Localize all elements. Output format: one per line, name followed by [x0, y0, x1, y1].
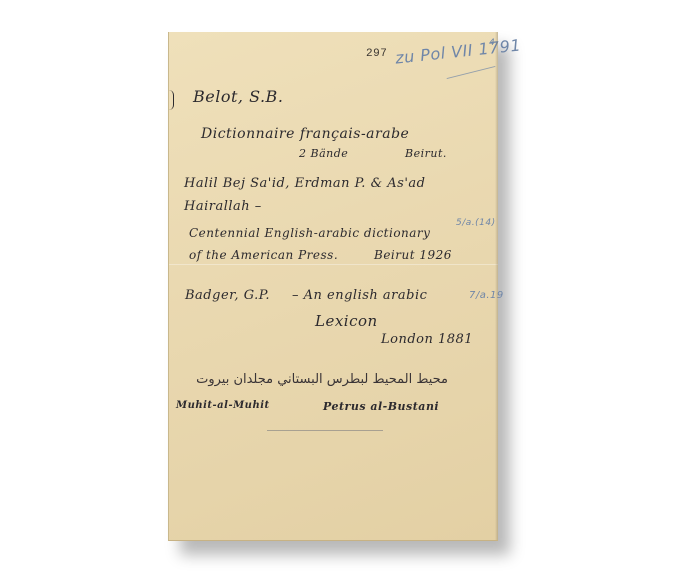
entry-place: Beirut. — [405, 147, 447, 160]
entry-place-year: Beirut 1926 — [374, 248, 452, 262]
entry-title-line2: of the American Press. — [189, 248, 338, 262]
entry-title-line2: Lexicon — [315, 312, 378, 330]
entry-author: Belot, S.B. — [193, 87, 283, 106]
entry-details: 2 Bände — [299, 147, 348, 160]
archive-mark-underline — [447, 66, 496, 79]
entry-author-line2: Hairallah – — [184, 199, 262, 214]
entry-author-line1: Halil Bej Sa'id, Erdman P. & As'ad — [184, 176, 425, 191]
entry-place-year: London 1881 — [381, 332, 473, 347]
archive-mark: zu Pol VII 1791 — [394, 35, 522, 67]
paper-fold-line — [169, 264, 498, 265]
entry-transliteration-author: Petrus al-Bustani — [323, 400, 439, 413]
entry-title: Dictionnaire français-arabe — [201, 126, 409, 142]
margin-note: 7/a.19 — [469, 290, 504, 301]
entry-bracket — [169, 90, 174, 110]
archive-mark-superscript: 4 — [489, 38, 495, 48]
entry-transliteration-title: Muhit-al-Muhit — [176, 400, 270, 411]
entry-arabic-line: محيط المحيط لبطرس البستاني مجلدان بيروت — [196, 372, 448, 387]
margin-note: 5/a.(14) — [456, 218, 496, 228]
page-number: 297 — [366, 48, 387, 60]
entry-author: Badger, G.P. — [185, 288, 270, 303]
entry-title-line1: Centennial English-arabic dictionary — [189, 226, 430, 240]
entry-title-line1: – An english arabic — [292, 288, 427, 303]
archival-index-card: 297 zu Pol VII 1791 4 Belot, S.B. Dictio… — [168, 32, 498, 541]
separator-rule — [267, 430, 383, 431]
